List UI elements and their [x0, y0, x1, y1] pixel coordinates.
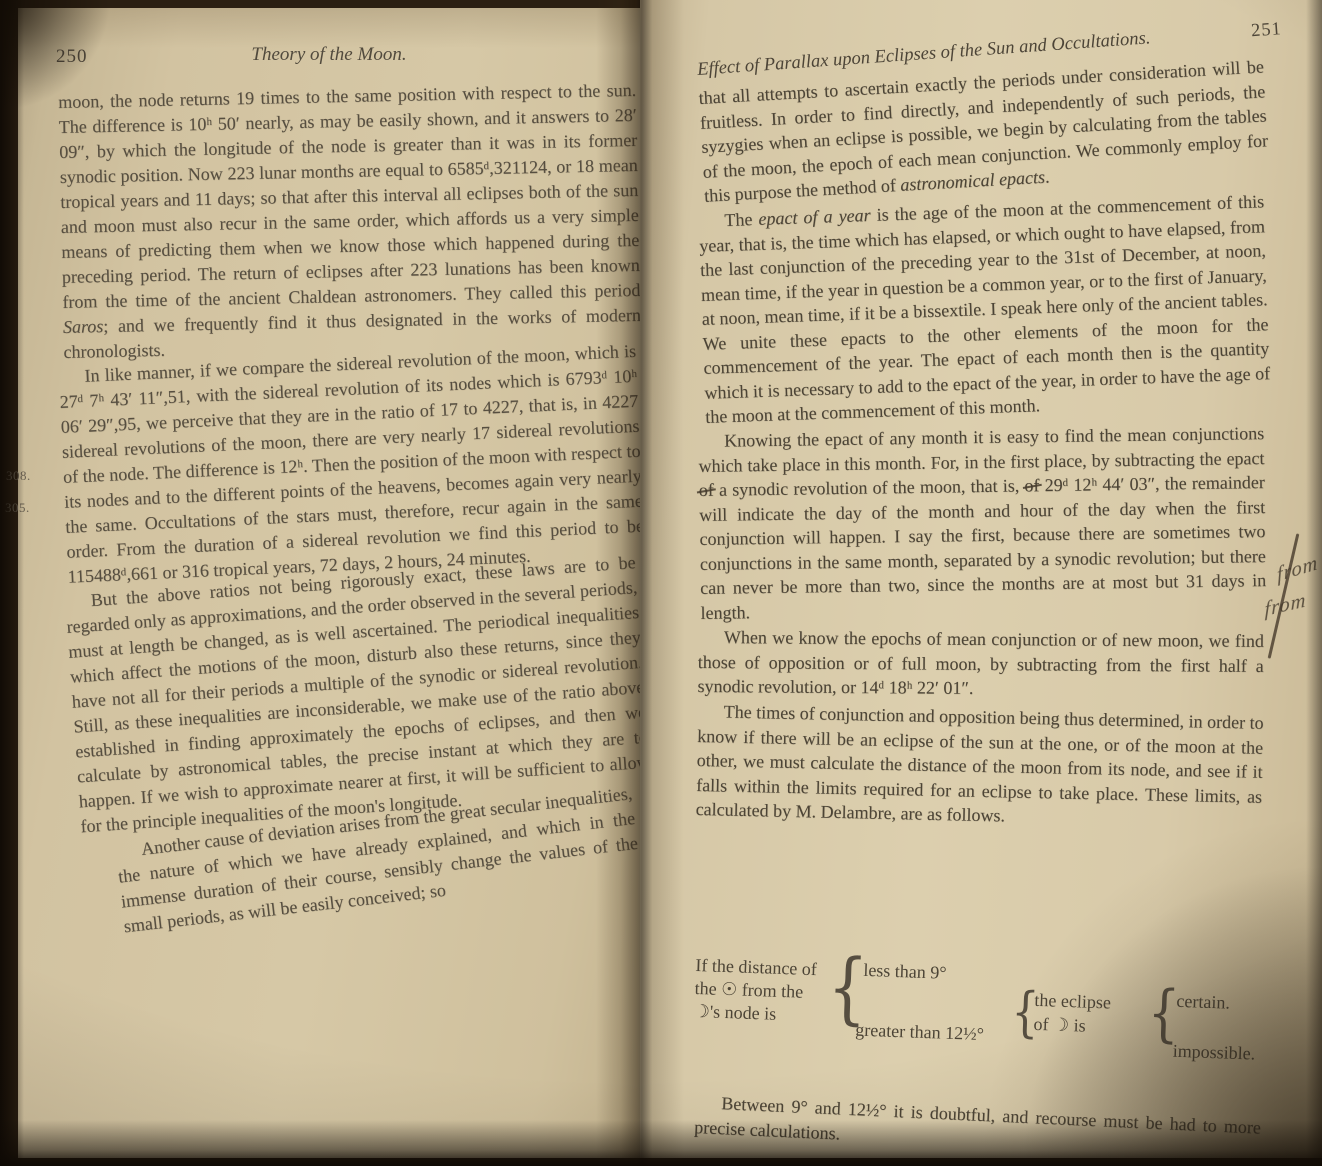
paragraph: Knowing the epact of any month it is eas…: [698, 421, 1267, 625]
limits-condition-line: ☽'s node is: [694, 1001, 777, 1024]
struck-word: of: [699, 480, 714, 500]
left-page-body: moon, the node returns 19 times to the s…: [58, 90, 636, 940]
paragraph-text: a synodic revolution of the moon, that i…: [714, 475, 1025, 499]
limit-option-greater: greater than 12½°: [855, 1020, 984, 1045]
handwritten-annotation: from: [1264, 587, 1306, 622]
italic-term-saros: Saros: [63, 316, 104, 337]
paragraph: In like manner, if we compare the sidere…: [58, 339, 646, 590]
margin-reference: 308.: [6, 468, 31, 484]
paragraph: The times of conjunction and opposition …: [695, 699, 1263, 833]
eclipse-limits-table: If the distance of the ☉ from the ☽'s no…: [691, 950, 1275, 1100]
right-page-number: 251: [1250, 19, 1282, 42]
paragraph: When we know the epochs of mean conjunct…: [697, 625, 1263, 702]
paragraph: The epact of a year is the age of the mo…: [698, 189, 1271, 429]
handwritten-annotation: from: [1276, 549, 1319, 587]
right-page: Effect of Parallax upon Eclipses of the …: [640, 0, 1322, 1158]
paragraph: that all attempts to ascertain exactly t…: [698, 54, 1270, 208]
margin-reference: 305.: [5, 500, 30, 516]
paragraph-text: .: [1044, 167, 1050, 187]
italic-term-epacts: astronomical epacts: [900, 167, 1046, 195]
limits-condition-line: If the distance of: [695, 955, 817, 979]
right-page-body: that all attempts to ascertain exactly t…: [698, 86, 1264, 821]
limits-middle-text: the eclipse of ☽ is: [1033, 988, 1111, 1039]
left-running-title: Theory of the Moon.: [18, 44, 640, 66]
left-page-number: 250: [56, 46, 88, 68]
limit-result-impossible: impossible.: [1172, 1041, 1255, 1065]
limit-result-certain: certain.: [1176, 991, 1230, 1014]
left-page: 250 Theory of the Moon. moon, the node r…: [18, 8, 640, 1158]
paragraph-text: The: [724, 208, 759, 229]
limits-middle-line: the eclipse: [1034, 990, 1111, 1013]
limit-option-less: less than 9°: [863, 960, 947, 984]
paragraph-text: Knowing the epact of any month it is eas…: [698, 423, 1264, 475]
limits-middle-line: of ☽ is: [1033, 1014, 1086, 1036]
left-brace-icon: {: [826, 949, 868, 1028]
italic-term-epact-of-a-year: epact of a year: [758, 204, 871, 228]
struck-word: of: [1024, 475, 1039, 495]
paragraph-text: moon, the node returns 19 times to the s…: [58, 80, 640, 312]
book-photo: 250 Theory of the Moon. moon, the node r…: [0, 0, 1322, 1166]
paragraph: Between 9° and 12½° it is doubtful, and …: [694, 1090, 1262, 1165]
limits-condition: If the distance of the ☉ from the ☽'s no…: [693, 954, 835, 1028]
right-brace-icon: {: [1147, 982, 1181, 1045]
left-page-header: 250 Theory of the Moon.: [18, 44, 640, 74]
paragraph: moon, the node returns 19 times to the s…: [58, 78, 642, 365]
limits-condition-line: the ☉ from the: [694, 978, 803, 1002]
